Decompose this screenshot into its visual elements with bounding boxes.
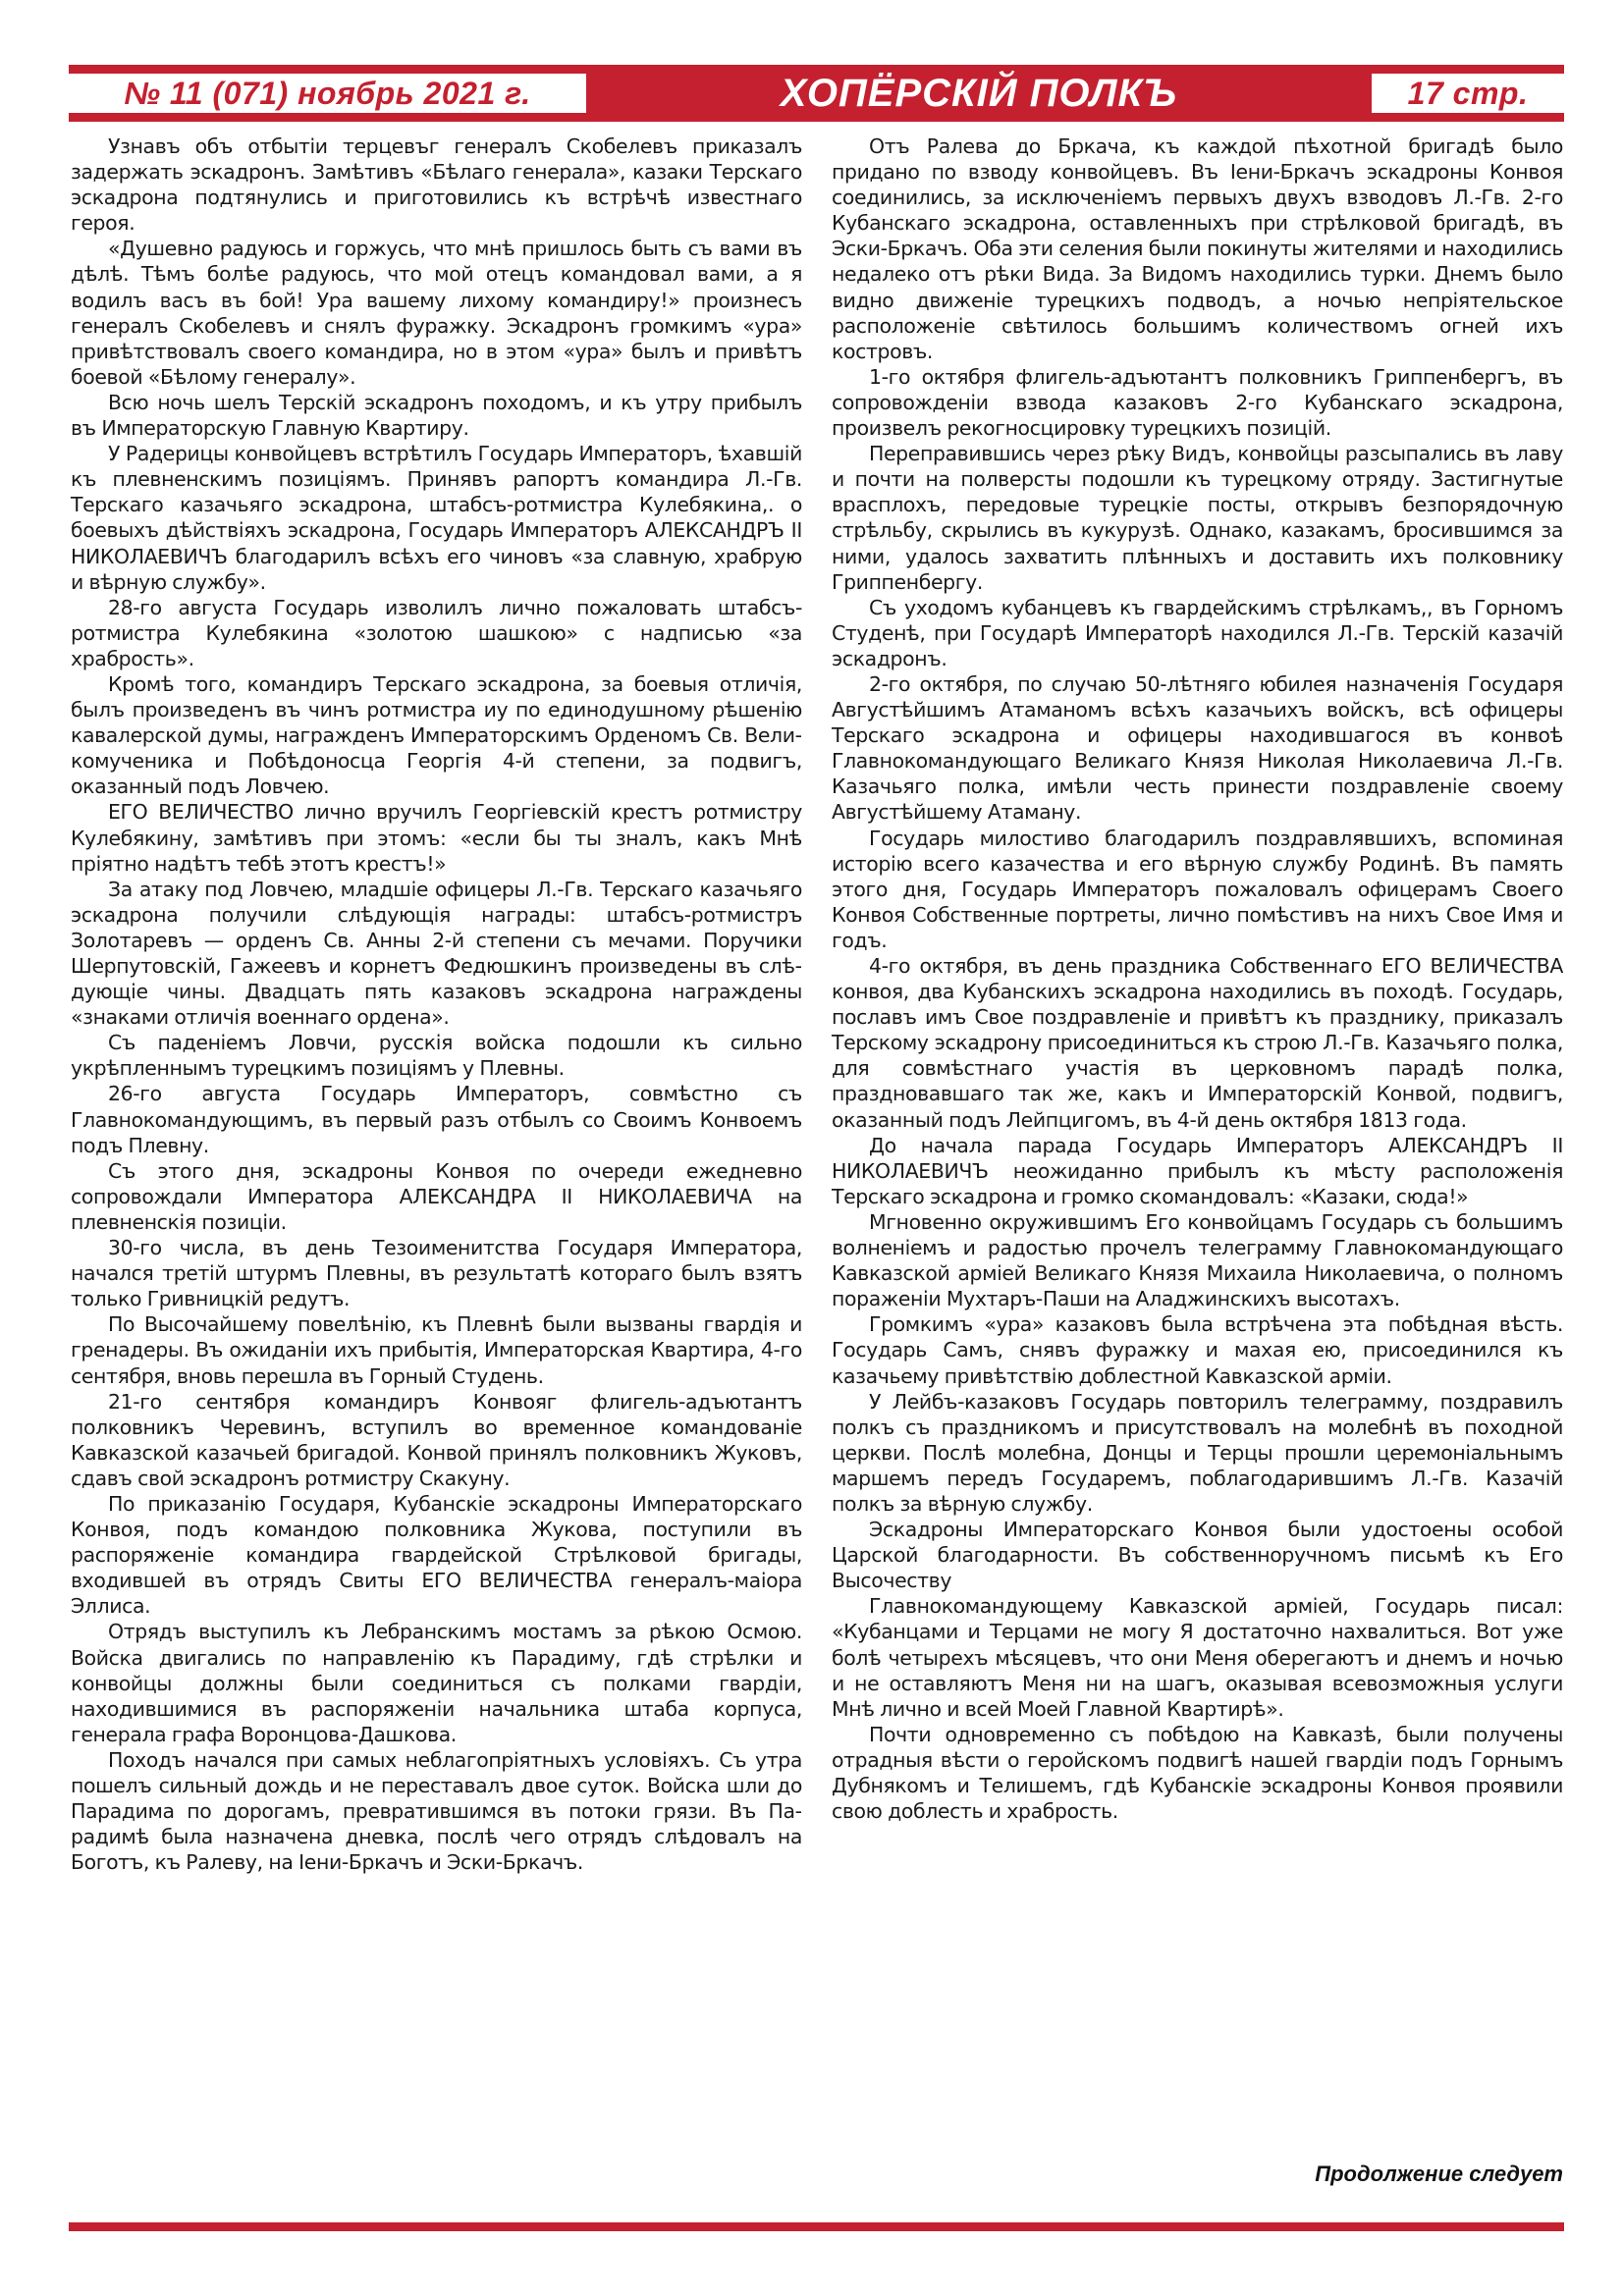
issue-number: № 11 (071) ноябрь 2021 г. [124,76,530,112]
paragraph: Съ паденіемъ Ловчи, русскія войска подош… [71,1030,802,1081]
paragraph: Узнавъ объ отбытіи терцевъг генералъ Ско… [71,133,802,236]
paragraph: Почти одновременно съ побѣдою на Кавказѣ… [832,1722,1563,1824]
article-body: Узнавъ объ отбытіи терцевъг генералъ Ско… [71,133,1563,2200]
paragraph: 2-го октября, по случаю 50-лѣтняго юбиле… [832,671,1563,826]
paragraph: «Душевно радуюсь и горжусь, что мнѣ приш… [71,236,802,390]
paragraph: За атаку под Ловчею, младшіе офицеры Л.-… [71,877,802,1031]
paragraph: Переправившись через рѣку Видъ, конвойцы… [832,441,1563,595]
paragraph: 21-го сентября командиръ Конвояг флигель… [71,1389,802,1491]
paragraph: 30-го числа, въ день Тезоименитства Госу… [71,1235,802,1311]
paragraph: Отрядъ выступилъ къ Лебранскимъ мостамъ … [71,1619,802,1746]
left-column: Узнавъ объ отбытіи терцевъг генералъ Ско… [71,133,802,2200]
paragraph: 4-го октября, въ день праздника Собствен… [832,953,1563,1133]
issue-box: № 11 (071) ноябрь 2021 г. [69,74,586,113]
right-column: Отъ Ралева до Бркача, къ каждой пѣхотной… [832,133,1563,2200]
paragraph: По приказанію Государя, Кубанскіе эскадр… [71,1491,802,1619]
paragraph: Отъ Ралева до Бркача, къ каждой пѣхотной… [832,133,1563,364]
paragraph: Кромѣ того, командиръ Терскаго эскадрона… [71,671,802,799]
paragraph: Главнокомандующему Кавказской арміей, Го… [832,1593,1563,1721]
footer-divider [69,2222,1564,2231]
paragraph: По Высочайшему повелѣнію, къ Плевнѣ были… [71,1311,802,1388]
paragraph: 1-го октября флигель-адъютантъ полковник… [832,364,1563,441]
paragraph: 26-го августа Государь Императоръ, совмѣ… [71,1081,802,1157]
page-number: 17 стр. [1408,76,1529,112]
paragraph: Громкимъ «ура» казаковъ была встрѣчена э… [832,1311,1563,1388]
newspaper-title: ХОПЁРСКІЙ ПОЛКЪ [586,65,1372,122]
paragraph: Мгновенно окружившимъ Его конвойцамъ Гос… [832,1209,1563,1311]
paragraph: Походъ начался при самых неблагопріятных… [71,1747,802,1875]
paragraph: У Радерицы конвойцевъ встрѣтилъ Государь… [71,441,802,595]
paragraph: 28-го августа Государь изволилъ лично по… [71,595,802,671]
paragraph: Съ уходомъ кубанцевъ къ гвардейскимъ стр… [832,595,1563,671]
paragraph: Эскадроны Императорскаго Конвоя были удо… [832,1517,1563,1593]
paragraph: Государь милостиво благодарилъ поздравля… [832,826,1563,953]
paragraph: Всю ночь шелъ Терскій эскадронъ походомъ… [71,390,802,441]
paragraph: У Лейбъ-казаковъ Государь повторилъ теле… [832,1389,1563,1517]
paragraph: Съ этого дня, эскадроны Конвоя по очеред… [71,1158,802,1235]
page-number-box: 17 стр. [1372,74,1564,113]
to-be-continued-note: Продолжение следует [1315,2162,1563,2187]
paragraph: До начала парада Государь Императоръ АЛЕ… [832,1133,1563,1209]
paragraph: ЕГО ВЕЛИЧЕСТВО лично вручилъ Георгіевскі… [71,799,802,876]
page-header: № 11 (071) ноябрь 2021 г. ХОПЁРСКІЙ ПОЛК… [69,65,1564,122]
